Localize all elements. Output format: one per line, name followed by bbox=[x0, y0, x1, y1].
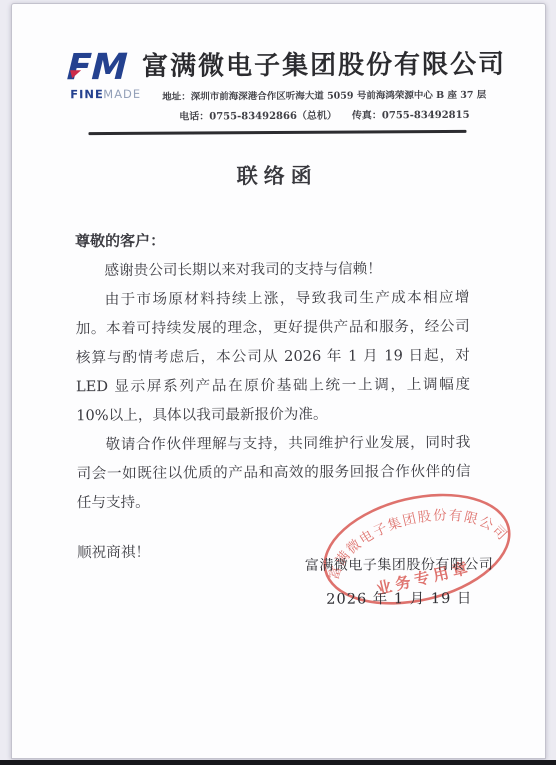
letter-paragraph: 感谢贵公司长期以来对我司的支持与信赖！ bbox=[75, 254, 469, 285]
letter-paragraph: 由于市场原材料持续上涨，导致我司生产成本相应增加。本着可持续发展的理念，更好提供… bbox=[75, 283, 470, 430]
logo-monogram: FM bbox=[62, 46, 133, 88]
letter-title: 联络函 bbox=[11, 158, 544, 191]
salutation: 尊敬的客户： bbox=[75, 225, 469, 256]
signature-date: 2026 年 1 月 19 日 bbox=[303, 587, 495, 609]
signature-block: 富满微电子集团股份有限公司 2026 年 1 月 19 日 bbox=[303, 554, 495, 609]
header-divider bbox=[88, 130, 466, 135]
fine-made-logo-icon: FM FINE MADE bbox=[56, 46, 142, 105]
company-name: 富满微电子集团股份有限公司 bbox=[142, 44, 506, 83]
logo-made-text: MADE bbox=[103, 87, 141, 101]
letterhead: FM FINE MADE 富满微电子集团股份有限公司 地址：深圳市前海深港合作区… bbox=[56, 43, 543, 123]
company-phone-fax: 电话：0755-83492866（总机） 传真：0755-83492815 bbox=[142, 106, 506, 123]
signature-company: 富满微电子集团股份有限公司 bbox=[303, 554, 495, 575]
letter-page: FM FINE MADE 富满微电子集团股份有限公司 地址：深圳市前海深港合作区… bbox=[11, 3, 546, 759]
scanned-letter-photo: FM FINE MADE 富满微电子集团股份有限公司 地址：深圳市前海深港合作区… bbox=[0, 0, 556, 765]
company-address: 地址：深圳市前海深港合作区听海大道 5059 号前海鸿荣源中心 B 座 37 层 bbox=[142, 87, 506, 103]
logo-fine-text: FINE bbox=[70, 87, 104, 101]
photo-bottom-edge bbox=[0, 760, 556, 765]
